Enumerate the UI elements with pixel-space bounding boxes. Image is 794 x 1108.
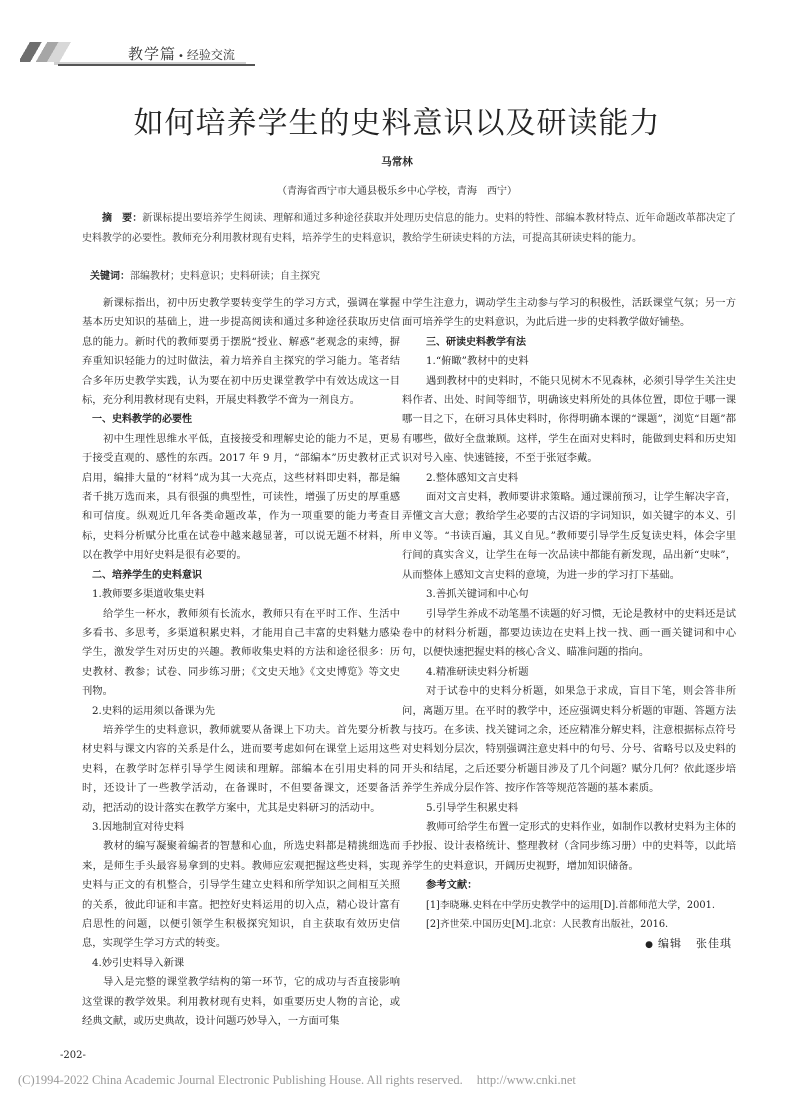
editor-name: 张佳琪: [696, 937, 732, 950]
subheading: 2.史料的运用须以备课为先: [82, 702, 400, 721]
abstract-text: 新课标提出要培养学生阅读、理解和通过多种途径获取并处理历史信息的能力。史料的特性…: [82, 213, 736, 244]
paragraph: 遇到教材中的史料时，不能只见树木不见森林，必须引导学生关注史料作者、出处、时间等…: [402, 372, 736, 469]
right-column: 中学生注意力，调动学生主动参与学习的积极性，活跃课堂气氛；另一方面可培养学生的史…: [402, 294, 736, 956]
section-heading-3: 三、研读史料教学有法: [402, 333, 736, 352]
paragraph: 教材的编写凝聚着编者的智慧和心血，所选史料都是精挑细选而来，是师生手头最容易拿到…: [82, 837, 400, 953]
paragraph-continued: 中学生注意力，调动学生主动参与学习的积极性，活跃课堂气氛；另一方面可培养学生的史…: [402, 294, 736, 333]
editor-label: 编辑: [658, 937, 682, 950]
intro-paragraph: 新课标指出，初中历史教学要转变学生的学习方式，强调在掌握基本历史知识的基础上，进…: [82, 294, 400, 410]
section-heading-2: 二、培养学生的史料意识: [82, 566, 400, 585]
paragraph: 引导学生养成不动笔墨不读题的好习惯，无论是教材中的史料还是试卷中的材料分析题，都…: [402, 605, 736, 663]
left-column: 新课标指出，初中历史教学要转变学生的学习方式，强调在掌握基本历史知识的基础上，进…: [82, 294, 400, 1031]
bullet-icon: ●: [645, 940, 654, 950]
header-rule-dark: [58, 64, 255, 66]
subheading: 3.善抓关键词和中心句: [402, 585, 736, 604]
subheading: 5.引导学生积累史料: [402, 799, 736, 818]
separator-dot: •: [178, 51, 185, 62]
article-title: 如何培养学生的史料意识以及研读能力: [0, 98, 794, 142]
subheading: 4.精准研读史料分析题: [402, 663, 736, 682]
subheading: 2.整体感知文言史料: [402, 469, 736, 488]
subheading: 3.因地制宜对待史料: [82, 818, 400, 837]
subheading: 4.妙引史料导入新课: [82, 954, 400, 973]
section-title: 教学篇•经验交流: [128, 43, 235, 64]
copyright-text: (C)1994-2022 China Academic Journal Elec…: [18, 1073, 463, 1087]
keywords: 关键词：部编教材；史料意识；史料研读；自主探究: [82, 267, 744, 287]
subheading: 1.教师要多渠道收集史料: [82, 585, 400, 604]
page-number: -202-: [60, 1050, 86, 1061]
affiliation: （青海省西宁市大通县极乐乡中心学校，青海 西宁）: [0, 182, 794, 197]
paragraph: 导入是完整的课堂教学结构的第一环节，它的成功与否直接影响这堂课的教学效果。利用教…: [82, 973, 400, 1031]
keywords-text: 部编教材；史料意识；史料研读；自主探究: [130, 271, 320, 282]
abstract-label: 摘 要：: [102, 213, 142, 224]
subsection-name: 经验交流: [187, 48, 235, 62]
paragraph: 教师可给学生布置一定形式的史料作业，如制作以教材史料为主体的手抄报、设计表格统计…: [402, 818, 736, 876]
keywords-label: 关键词：: [90, 271, 130, 282]
paragraph: 对于试卷中的史料分析题，如果急于求成，盲目下笔，则会答非所问，离题万里。在平时的…: [402, 682, 736, 798]
editor-credit: ●编辑张佳琪: [402, 934, 736, 955]
paragraph: 初中生理性思维水平低，直接接受和理解史论的能力不足，更易于接受直观的、感性的东西…: [82, 430, 400, 566]
paragraph: 给学生一杯水，教师须有长流水，教师只有在平时工作、生活中多看书、多思考，多渠道积…: [82, 605, 400, 702]
header-stripe-light: [46, 42, 76, 62]
reference-item: [2]齐世荣.中国历史[M].北京：人民教育出版社，2016.: [402, 915, 736, 934]
paragraph: 培养学生的史料意识，教师就要从备课上下功夫。首先要分析教材史料与课文内容的关系是…: [82, 721, 400, 818]
abstract: 摘 要：新课标提出要培养学生阅读、理解和通过多种途径获取并处理历史信息的能力。史…: [82, 209, 736, 249]
references-heading: 参考文献：: [402, 876, 736, 895]
subheading: 1.“俯瞰”教材中的史料: [402, 352, 736, 371]
reference-item: [1]李晓琳.史料在中学历史教学中的运用[D].首都师范大学，2001.: [402, 896, 736, 915]
section-name: 教学篇: [128, 45, 176, 63]
section-header: 教学篇•经验交流: [20, 42, 240, 70]
paragraph: 面对文言史料，教师要讲求策略。通过课前预习，让学生解决字音，弄懂文言大意；教给学…: [402, 488, 736, 585]
author: 马常林: [0, 154, 794, 169]
copyright-footer: (C)1994-2022 China Academic Journal Elec…: [18, 1073, 576, 1088]
footer-url[interactable]: http://www.cnki.net: [477, 1073, 576, 1087]
section-heading-1: 一、史料教学的必要性: [82, 410, 400, 429]
